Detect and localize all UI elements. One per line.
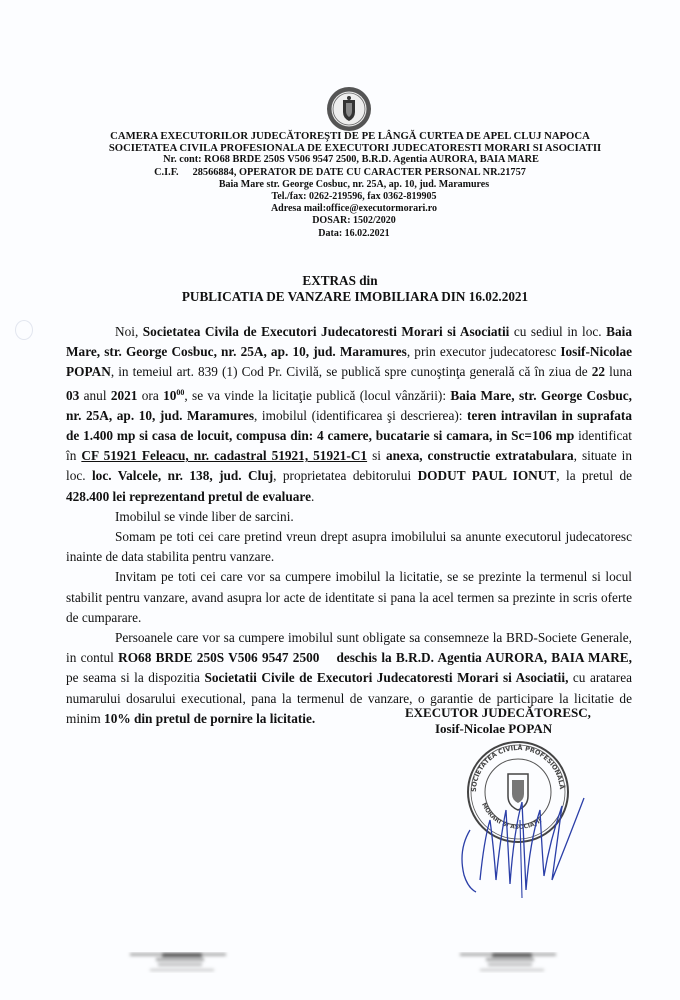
bank-account: Nr. cont: RO68 BRDE 250S V506 9547 2500,…: [22, 154, 680, 166]
paragraph-summons: Somam pe toti cei care pretind vreun dre…: [66, 527, 632, 567]
text-run: anul: [79, 388, 111, 403]
auction-day: 22: [592, 364, 605, 379]
scan-artifact: [126, 952, 236, 974]
punch-hole-mark: [15, 320, 33, 340]
company-email: Adresa mail:office@executormorari.ro: [28, 203, 680, 215]
text-run: , in temeiul art. 839 (1) Cod Pr. Civilă…: [111, 364, 592, 379]
auction-hour: 10: [163, 388, 176, 403]
scan-artifact: [456, 952, 566, 974]
text-run: Noi,: [115, 324, 143, 339]
text-run: , imobilul (identificarea şi descrierea)…: [254, 408, 467, 423]
text-run: , la pretul de: [556, 468, 632, 483]
text-run: si: [367, 448, 386, 463]
paragraph-auction-notice: Noi, Societatea Civila de Executori Jude…: [66, 322, 632, 507]
text-run: , prin executor judecatoresc: [407, 344, 561, 359]
text-run: Societatii Civile de Executori Judecator…: [204, 670, 568, 685]
company-phone: Tel./fax: 0262-219596, fax 0362-819905: [28, 191, 680, 203]
text-run: .: [311, 489, 314, 504]
text-run: [319, 650, 336, 665]
text-run: ora: [137, 388, 163, 403]
signatory-name: Iosif-Nicolae POPAN: [435, 721, 625, 737]
company-name: SOCIETATEA CIVILA PROFESIONALA DE EXECUT…: [30, 142, 680, 154]
paragraph-invitation: Invitam pe toti cei care vor sa cumpere …: [66, 567, 632, 628]
document-body: Noi, Societatea Civila de Executori Jude…: [66, 322, 632, 729]
text-run: cu sediul in loc.: [509, 324, 606, 339]
signature-block: EXECUTOR JUDECĂTORESC, Iosif-Nicolae POP…: [405, 705, 625, 737]
paragraph-encumbrance: Imobilul se vinde liber de sarcini.: [66, 507, 632, 527]
tax-id: C.I.F.28566884, OPERATOR DE DATE CU CARA…: [0, 167, 680, 179]
signatory-title: EXECUTOR JUDECĂTORESC,: [405, 705, 625, 721]
chamber-name: CAMERA EXECUTORILOR JUDECĂTOREŞTI DE PE …: [20, 130, 680, 142]
text-run: luna: [605, 364, 632, 379]
text-run: , proprietatea debitorului: [273, 468, 417, 483]
document-title: EXTRAS din PUBLICATIA DE VANZARE IMOBILI…: [0, 273, 680, 305]
emphasis: CF 51921 Feleacu, nr. cadastral 51921, 5…: [81, 448, 367, 463]
title-line-1: EXTRAS din: [0, 273, 680, 289]
company-address: Baia Mare str. George Cosbuc, nr. 25A, a…: [28, 179, 680, 191]
coat-of-arms-emblem-icon: [326, 86, 372, 132]
debtor-name: DODUT PAUL IONUT: [418, 468, 557, 483]
auction-year: 2021: [111, 388, 138, 403]
guarantee-percentage: 10% din pretul de pornire la licitatie.: [104, 711, 315, 726]
text-run: anexa, constructie extratabulara: [386, 448, 574, 463]
text-run: , se va vinde la licitaţie publică (locu…: [184, 388, 450, 403]
valuation-price: 428.400 lei reprezentand pretul de evalu…: [66, 489, 311, 504]
land-registry-reference: CF 51921 Feleacu, nr. cadastral 51921, 5…: [81, 448, 367, 463]
text-run: deschis la B.R.D. Agentia AURORA, BAIA M…: [336, 650, 632, 665]
title-line-2: PUBLICATIA DE VANZARE IMOBILIARA DIN 16.…: [30, 289, 680, 305]
document-date: Data: 16.02.2021: [28, 228, 680, 240]
deposit-account: RO68 BRDE 250S V506 9547 2500: [118, 650, 319, 665]
auction-month: 03: [66, 388, 79, 403]
text-run: Societatea Civila de Executori Judecator…: [143, 324, 510, 339]
tax-id-value: 28566884, OPERATOR DE DATE CU CARACTER P…: [193, 167, 526, 178]
tax-id-label: C.I.F.: [154, 167, 179, 178]
document-page: CAMERA EXECUTORILOR JUDECĂTOREŞTI DE PE …: [0, 0, 680, 1000]
letterhead: CAMERA EXECUTORILOR JUDECĂTOREŞTI DE PE …: [0, 130, 680, 240]
text-run: pe seama si la dispozitia: [66, 670, 204, 685]
case-number: DOSAR: 1502/2020: [28, 215, 680, 227]
property-location: loc. Valcele, nr. 138, jud. Cluj: [92, 468, 273, 483]
handwritten-signature-icon: [450, 780, 590, 900]
